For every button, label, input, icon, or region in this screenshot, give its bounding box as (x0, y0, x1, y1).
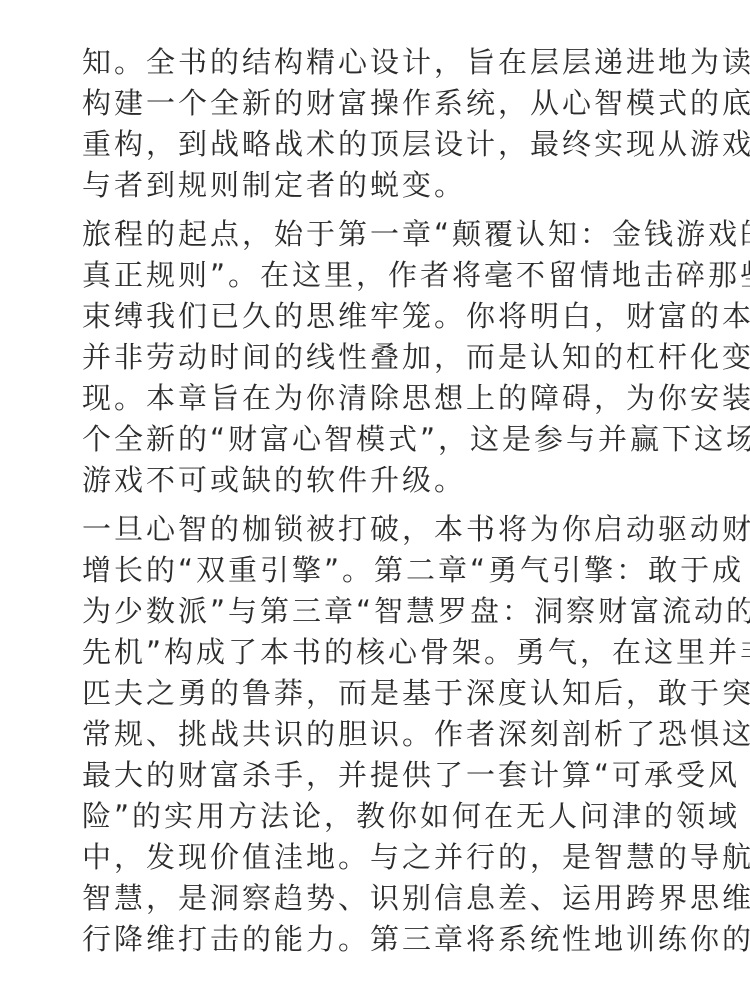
text-line: 行降维打击的能力。第三章将系统性地训练你的商 (82, 919, 672, 960)
text-line: 匹夫之勇的鲁莽，而是基于深度认知后，敢于突破 (82, 673, 672, 714)
text-line: 增长的“双重引擎”。第二章“勇气引擎：敢于成 (82, 550, 672, 591)
paragraph-2: 旅程的起点，始于第一章“颠覆认知：金钱游戏的 真正规则”。在这里，作者将毫不留情… (82, 214, 672, 501)
text-line: 一旦心智的枷锁被打破，本书将为你启动驱动财富 (82, 509, 672, 550)
document-body: 知。全书的结构精心设计，旨在层层递进地为读者 构建一个全新的财富操作系统，从心智… (82, 42, 672, 968)
text-line: 险”的实用方法论，教你如何在无人问津的领域 (82, 796, 672, 837)
text-line: 现。本章旨在为你清除思想上的障碍，为你安装一 (82, 378, 672, 419)
text-line: 旅程的起点，始于第一章“颠覆认知：金钱游戏的 (82, 214, 672, 255)
paragraph-1: 知。全书的结构精心设计，旨在层层递进地为读者 构建一个全新的财富操作系统，从心智… (82, 42, 672, 206)
text-line: 为少数派”与第三章“智慧罗盘：洞察财富流动的 (82, 591, 672, 632)
text-line: 常规、挑战共识的胆识。作者深刻剖析了恐惧这一 (82, 714, 672, 755)
text-line: 并非劳动时间的线性叠加，而是认知的杠杆化变 (82, 337, 672, 378)
paragraph-3: 一旦心智的枷锁被打破，本书将为你启动驱动财富 增长的“双重引擎”。第二章“勇气引… (82, 509, 672, 960)
text-line: 构建一个全新的财富操作系统，从心智模式的底层 (82, 83, 672, 124)
text-line: 中，发现价值洼地。与之并行的，是智慧的导航。 (82, 837, 672, 878)
text-line: 重构，到战略战术的顶层设计，最终实现从游戏参 (82, 124, 672, 165)
text-line: 先机”构成了本书的核心骨架。勇气，在这里并非 (82, 632, 672, 673)
text-line: 智慧，是洞察趋势、识别信息差、运用跨界思维进 (82, 878, 672, 919)
text-line: 游戏不可或缺的软件升级。 (82, 460, 672, 501)
text-line: 真正规则”。在这里，作者将毫不留情地击碎那些 (82, 255, 672, 296)
text-line: 个全新的“财富心智模式”，这是参与并赢下这场 (82, 419, 672, 460)
text-line: 束缚我们已久的思维牢笼。你将明白，财富的本质 (82, 296, 672, 337)
text-line: 与者到规则制定者的蜕变。 (82, 165, 672, 206)
text-line: 最大的财富杀手，并提供了一套计算“可承受风 (82, 755, 672, 796)
text-line: 知。全书的结构精心设计，旨在层层递进地为读者 (82, 42, 672, 83)
